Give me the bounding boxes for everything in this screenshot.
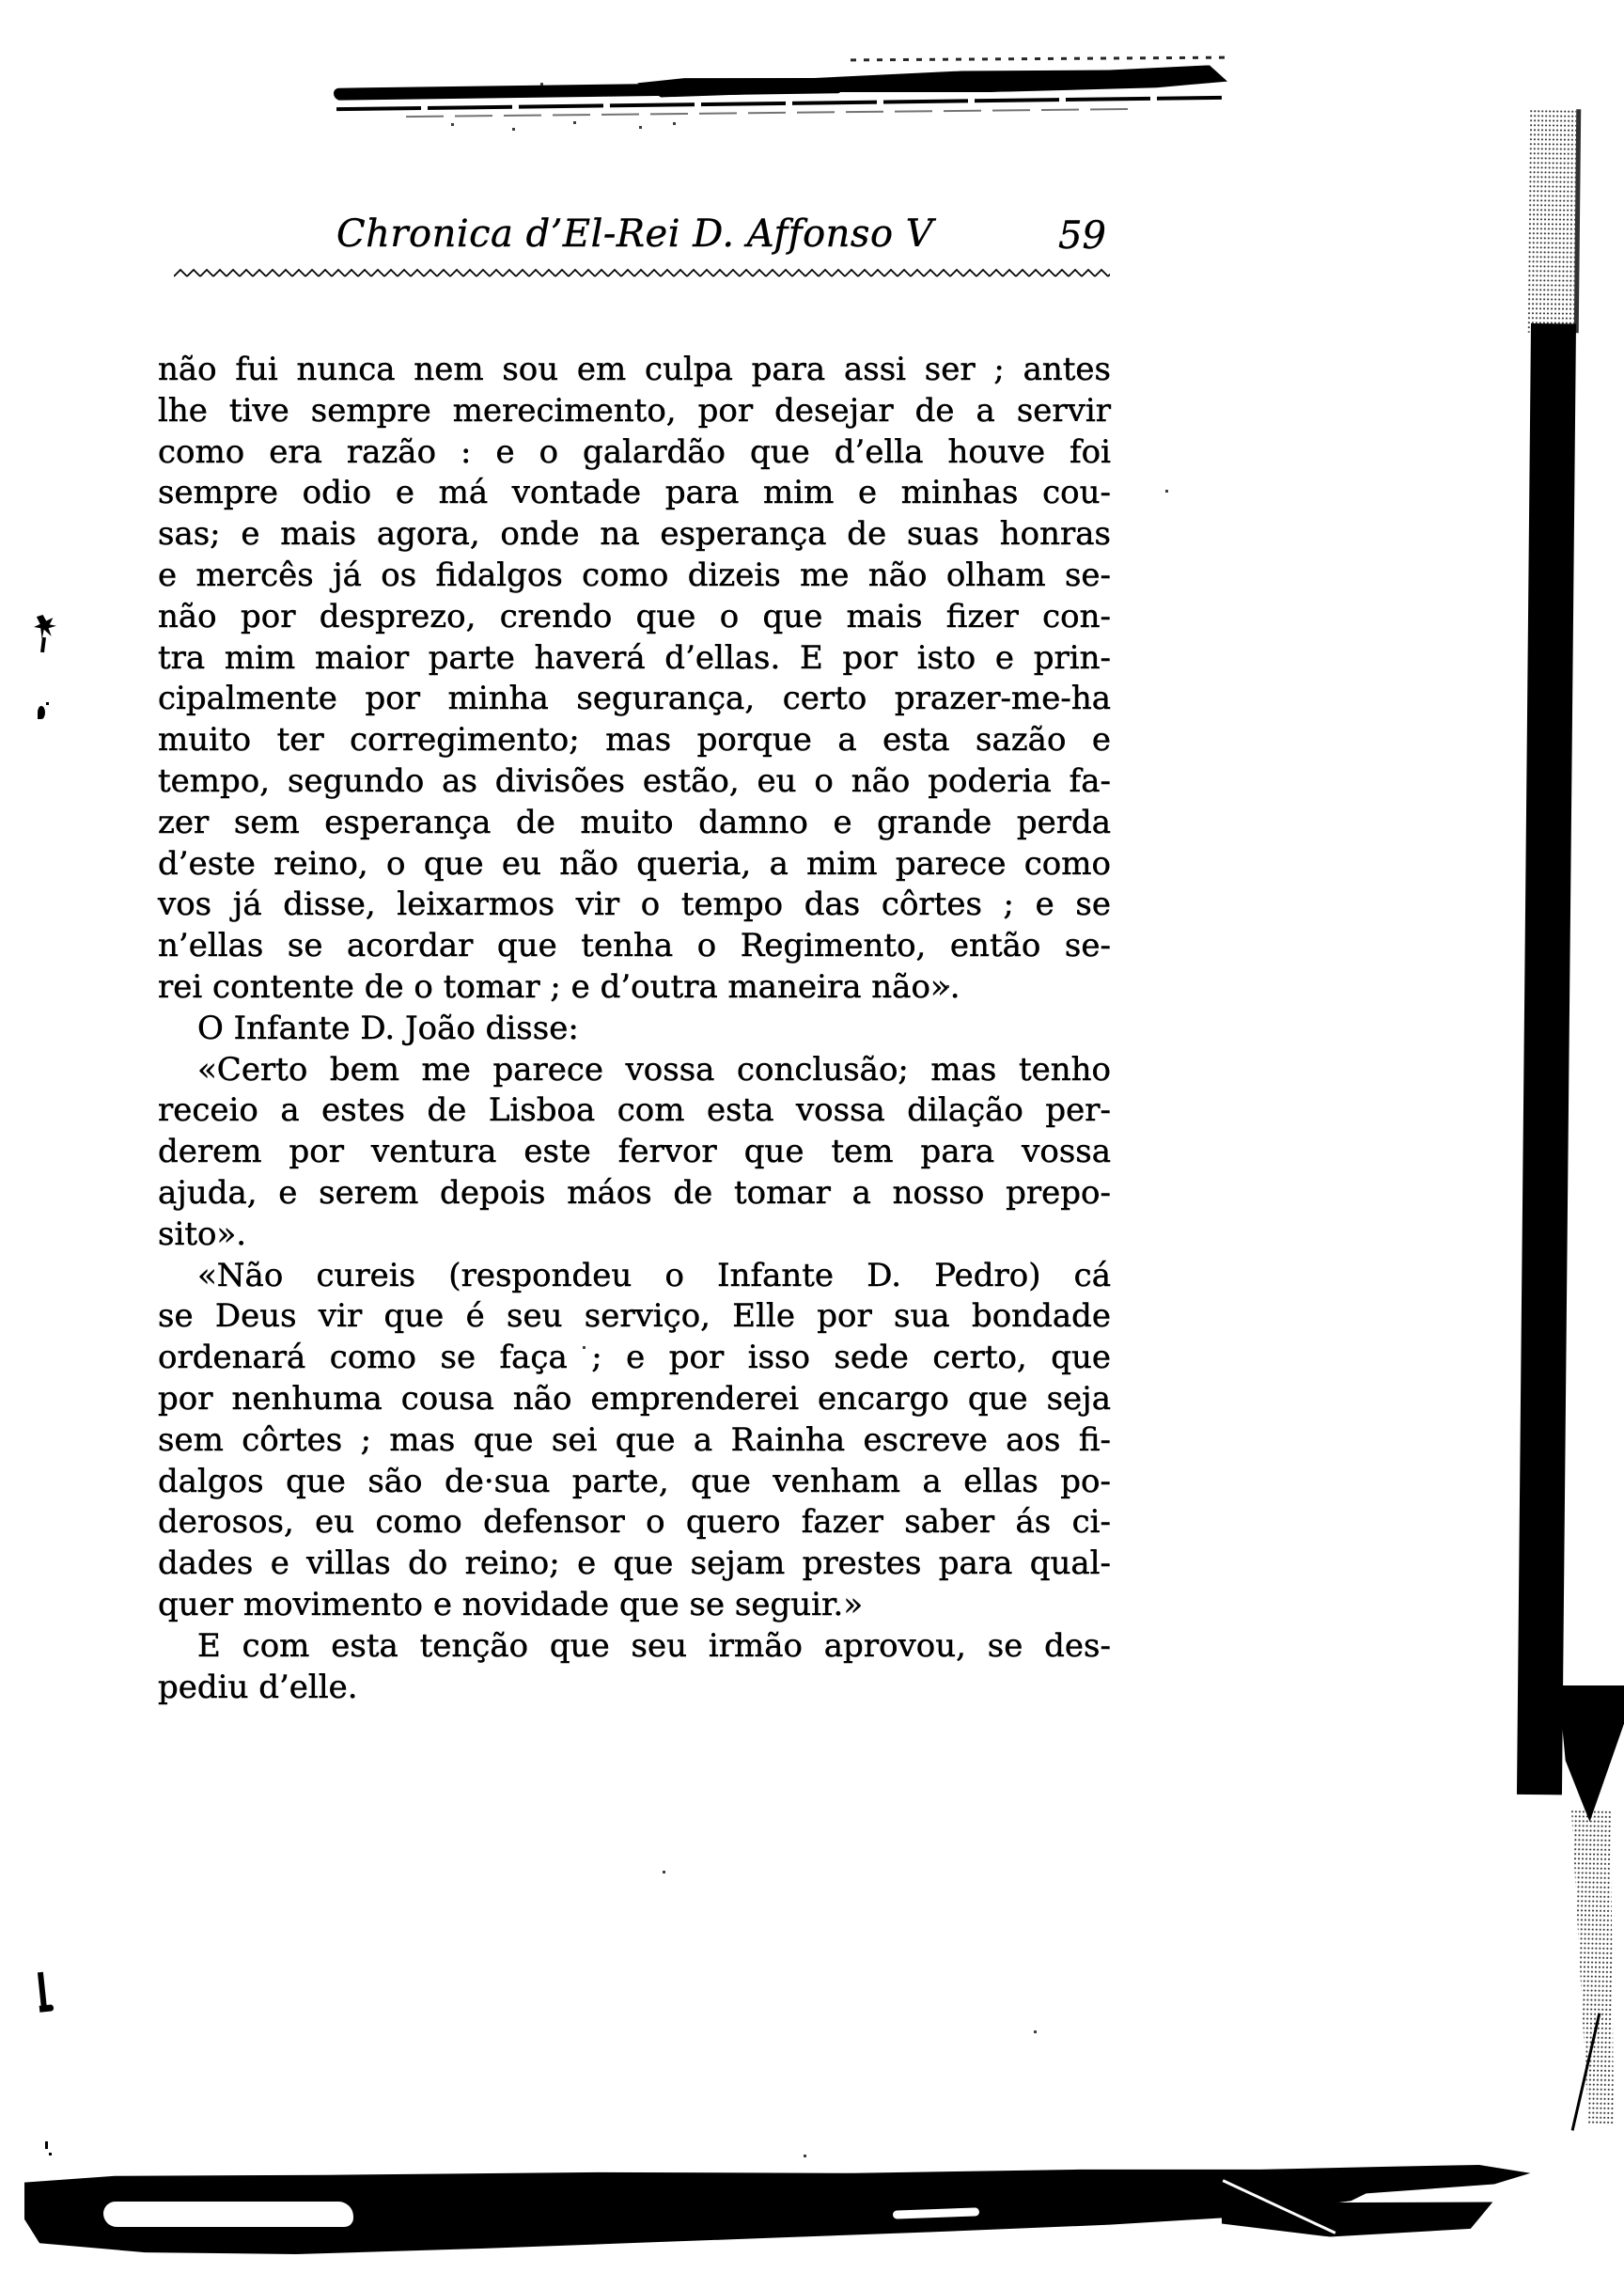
margin-ink-mark [40,637,46,652]
text-line: sito». [158,1215,1111,1256]
text-line: tempo, segundo as divisões estão, eu o n… [158,761,1111,803]
scan-dotted-line [851,56,1226,62]
text-line: derosos, eu como defensor o quero fazer … [158,1502,1111,1544]
text-line: ajuda, e serem depois máos de tomar a no… [158,1173,1111,1215]
text-line: sempre odio e má vontade para mim e minh… [158,473,1111,514]
scan-bottom-gap [103,2202,353,2227]
text-line: cipalmente por minha segurança, certo pr… [158,679,1111,720]
text-line: sas; e mais agora, onde na esperança de … [158,514,1111,556]
text-block: não fui nunca nem sou em culpa para assi… [158,350,1111,1708]
text-line: não fui nunca nem sou em culpa para assi… [158,350,1111,391]
scan-bottom-bar [1222,2197,1493,2239]
text-line: por nenhuma cousa não emprenderei encarg… [158,1379,1111,1420]
scan-edge-band [1517,323,1576,1795]
text-line: «Não cureis (respondeu o Infante D. Pedr… [158,1256,1111,1297]
text-line: não por desprezo, crendo que o que mais … [158,597,1111,638]
text-line: se Deus vir que é seu serviço, Elle por … [158,1296,1111,1338]
margin-ink-mark-L [39,2004,55,2013]
scan-edge-speckle [1527,109,1581,334]
text-line: E com esta tenção que seu irmão aprovou,… [158,1626,1111,1668]
text-line: vos já disse, leixarmos vir o tempo das … [158,885,1111,926]
page-header-title: Chronica d’El-Rei D. Affonso V [336,212,938,256]
wavy-rule [174,266,1110,279]
scan-speck [45,2141,48,2149]
margin-ink-mark [34,615,56,639]
text-line: quer movimento e novidade que se seguir.… [158,1585,1111,1626]
text-line: tra mim maior parte haverá d’ellas. E po… [158,638,1111,680]
text-line: dades e villas do reino; e que sejam pre… [158,1544,1111,1585]
ink-smudge-underline [406,108,1139,118]
margin-ink-mark [38,706,45,719]
text-line: como era razão : e o galardão que d’ella… [158,432,1111,474]
text-line: d’este reino, o que eu não queria, a mim… [158,844,1111,886]
text-line: receio a estes de Lisboa com esta vossa … [158,1090,1111,1132]
scan-speck [49,2153,52,2155]
scan-edge-band [1553,1685,1624,1822]
text-line: pediu d’elle. [158,1668,1111,1709]
text-line: lhe tive sempre merecimento, por desejar… [158,391,1111,432]
margin-ink-mark [46,702,49,705]
text-line: dalgos que são de·sua parte, que venham … [158,1462,1111,1503]
text-line: O Infante D. João disse: [158,1009,1111,1050]
scanned-book-page: Chronica d’El-Rei D. Affonso V 59 não fu… [0,0,1624,2273]
text-line: e mercês já os fidalgos como dizeis me n… [158,556,1111,597]
text-line: zer sem esperança de muito damno e grand… [158,803,1111,844]
page-number: 59 [1058,214,1106,258]
text-line: rei contente de o tomar ; e d’outra mane… [158,967,1111,1009]
text-line: sem côrtes ; mas que sei que a Rainha es… [158,1420,1111,1462]
scan-noise-dots [451,123,454,126]
text-line: n’ellas se acordar que tenha o Regimento… [158,926,1111,967]
text-line: muito ter corregimento; mas porque a est… [158,720,1111,761]
text-line: ordenará como se faça ; e por isso sede … [158,1338,1111,1379]
text-line: derem por ventura este fervor que tem pa… [158,1132,1111,1173]
text-line: «Certo bem me parece vossa conclusão; ma… [158,1050,1111,1091]
ink-smudge-bar [637,65,1227,98]
scan-edge-speckle [1557,1810,1619,2125]
